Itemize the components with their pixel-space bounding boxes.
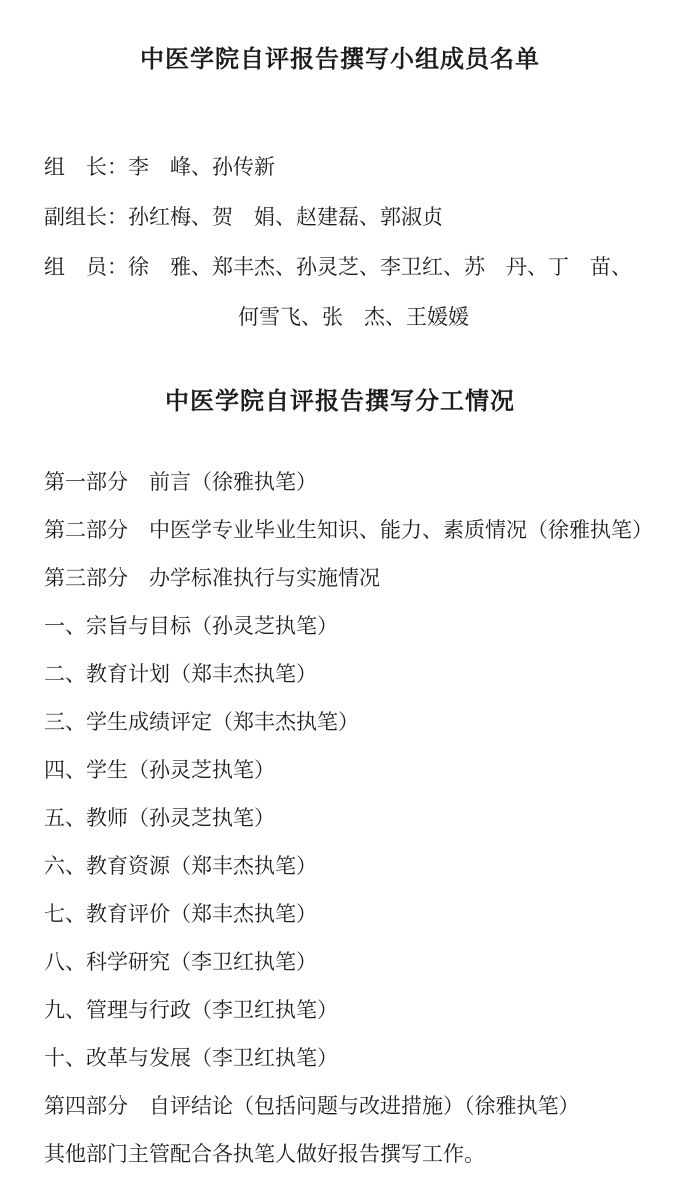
assignment-line-item3: 三、学生成绩评定（郑丰杰执笔） bbox=[44, 699, 660, 747]
roster-leader-line: 组 长：李 峰、孙传新 bbox=[44, 143, 660, 193]
assignment-line-item1: 一、宗旨与目标（孙灵芝执笔） bbox=[44, 603, 660, 651]
roster-members-continuation-line: 何雪飞、张 杰、王媛媛 bbox=[44, 293, 660, 343]
roster-members-line: 组 员：徐 雅、郑丰杰、孙灵芝、李卫红、苏 丹、丁 苗、 bbox=[44, 243, 660, 293]
assignment-line-item8: 八、科学研究（李卫红执笔） bbox=[44, 939, 660, 987]
assignment-line-part3: 第三部分 办学标准执行与实施情况 bbox=[44, 555, 660, 603]
assignment-line-item4: 四、学生（孙灵芝执笔） bbox=[44, 747, 660, 795]
assignment-line-item5: 五、教师（孙灵芝执笔） bbox=[44, 795, 660, 843]
roster-deputy-leader-line: 副组长：孙红梅、贺 娟、赵建磊、郭淑贞 bbox=[44, 193, 660, 243]
assignments-title: 中医学院自评报告撰写分工情况 bbox=[0, 387, 680, 417]
assignment-line-item7: 七、教育评价（郑丰杰执笔） bbox=[44, 891, 660, 939]
document-page: 中医学院自评报告撰写小组成员名单 组 长：李 峰、孙传新 副组长：孙红梅、贺 娟… bbox=[0, 0, 680, 1204]
roster-list: 组 长：李 峰、孙传新 副组长：孙红梅、贺 娟、赵建磊、郭淑贞 组 员：徐 雅、… bbox=[44, 143, 660, 343]
roster-title: 中医学院自评报告撰写小组成员名单 bbox=[0, 45, 680, 75]
assignment-line-item10: 十、改革与发展（李卫红执笔） bbox=[44, 1035, 660, 1083]
assignment-line-item2: 二、教育计划（郑丰杰执笔） bbox=[44, 651, 660, 699]
assignment-line-item6: 六、教育资源（郑丰杰执笔） bbox=[44, 843, 660, 891]
assignment-line-part1: 第一部分 前言（徐雅执笔） bbox=[44, 459, 660, 507]
assignment-line-part2: 第二部分 中医学专业毕业生知识、能力、素质情况（徐雅执笔） bbox=[44, 507, 660, 555]
closing-note: 其他部门主管配合各执笔人做好报告撰写工作。 bbox=[44, 1131, 660, 1179]
assignment-line-part4: 第四部分 自评结论（包括问题与改进措施）（徐雅执笔） bbox=[44, 1083, 660, 1131]
assignment-line-item9: 九、管理与行政（李卫红执笔） bbox=[44, 987, 660, 1035]
assignments-list: 第一部分 前言（徐雅执笔） 第二部分 中医学专业毕业生知识、能力、素质情况（徐雅… bbox=[44, 459, 660, 1179]
